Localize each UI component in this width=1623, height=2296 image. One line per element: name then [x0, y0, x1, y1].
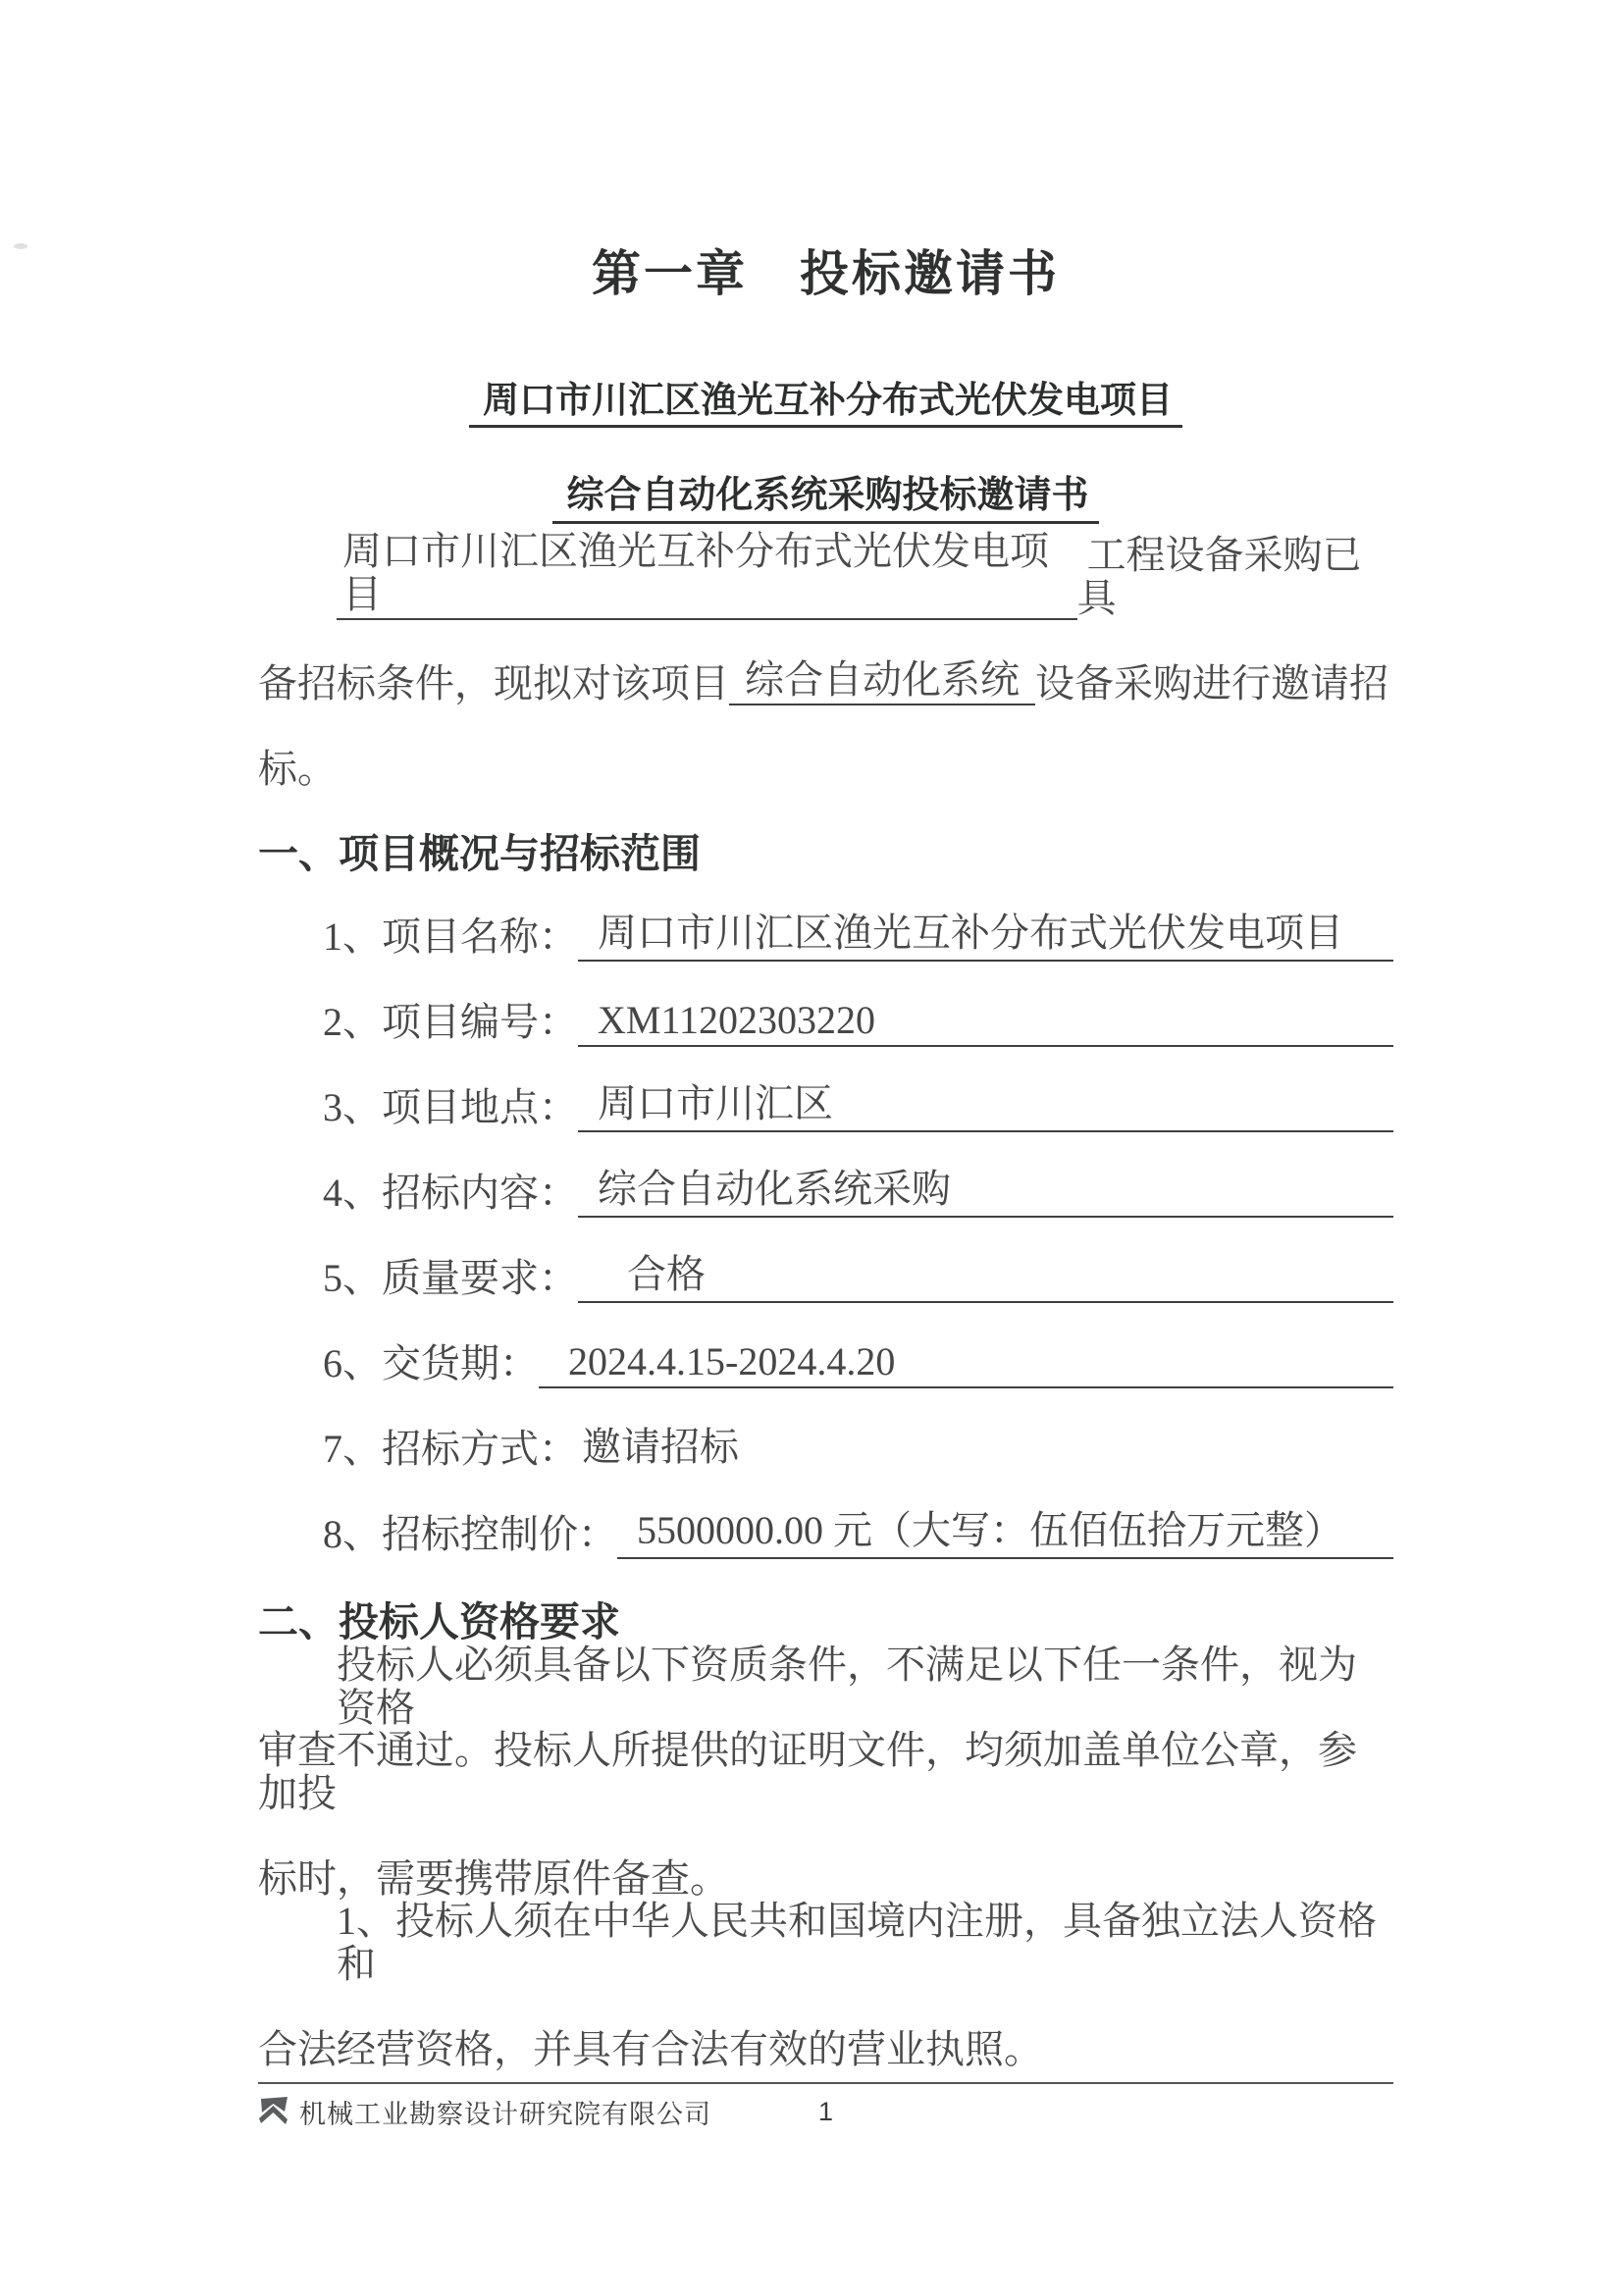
list-item-bid-method: 7、招标方式：邀请招标 — [258, 1405, 1393, 1490]
item-value: 5500000.00 元（大写：伍佰伍拾万元整） — [617, 1499, 1393, 1559]
item-value: 合格 — [578, 1243, 1393, 1303]
qualification-item-1-line-2: 合法经营资格，并具有合法有效的营业执照。 — [258, 2003, 1393, 2088]
item-label: 5、质量要求： — [323, 1247, 578, 1303]
scan-artifact — [14, 243, 27, 249]
list-item-bid-content: 4、招标内容： 综合自动化系统采购 — [258, 1149, 1393, 1234]
list-item-quality-requirement: 5、质量要求： 合格 — [258, 1234, 1393, 1320]
chapter-title: 第一章 投标邀请书 — [258, 243, 1393, 304]
item-value: 周口市川汇区渔光互补分布式光伏发电项目 — [578, 902, 1393, 962]
intro-line-2-rest: 设备采购进行邀请招 — [1035, 662, 1388, 705]
qualification-line-2: 审查不通过。投标人所提供的证明文件，均须加盖单位公章，参加投 — [258, 1747, 1393, 1832]
footer-row: 机械工业勘察设计研究院有限公司 1 — [258, 2094, 1393, 2129]
project-subtitle-text: 周口市川汇区渔光互补分布式光伏发电项目 — [469, 380, 1182, 428]
intro-line-3-text: 标。 — [258, 748, 337, 791]
footer-company-name: 机械工业勘察设计研究院有限公司 — [299, 2093, 711, 2131]
item-label: 6、交货期： — [323, 1332, 539, 1388]
qualification-item-1-line-1: 1、投标人须在中华人民共和国境内注册，具备独立法人资格和 — [258, 1917, 1393, 2003]
intro-line-2: 备招标条件，现拟对该项目 综合自动化系统 设备采购进行邀请招 — [258, 637, 1393, 722]
qualification-line-3-text: 标时，需要携带原件备查。 — [258, 1857, 729, 1901]
page-footer: 机械工业勘察设计研究院有限公司 1 — [258, 2082, 1393, 2129]
list-item-project-location: 3、项目地点： 周口市川汇区 — [258, 1064, 1393, 1149]
item-label: 7、招标方式： — [323, 1418, 578, 1474]
intro-underlined-project-name: 周口市川汇区渔光互补分布式光伏发电项目 — [337, 530, 1077, 620]
list-item-control-price: 8、招标控制价： 5500000.00 元（大写：伍佰伍拾万元整） — [258, 1490, 1393, 1576]
list-item-project-number: 2、项目编号： XM11202303220 — [258, 978, 1393, 1064]
item-label: 4、招标内容： — [323, 1162, 578, 1218]
intro-line-3: 标。 — [258, 722, 1393, 808]
item-value: 邀请招标 — [578, 1416, 739, 1474]
qualification-item-1-line-2-text: 合法经营资格，并具有合法有效的营业执照。 — [258, 2028, 1043, 2071]
project-subtitle: 周口市川汇区渔光互补分布式光伏发电项目 — [258, 379, 1393, 422]
item-value: 周口市川汇区 — [578, 1072, 1393, 1132]
item-value: 综合自动化系统采购 — [578, 1158, 1393, 1218]
intro-line-1: 周口市川汇区渔光互补分布式光伏发电项目 工程设备采购已具 — [258, 551, 1393, 637]
intro-paragraph: 周口市川汇区渔光互补分布式光伏发电项目 工程设备采购已具 备招标条件，现拟对该项… — [258, 551, 1393, 808]
page-number: 1 — [818, 2097, 833, 2127]
company-mountain-logo-icon — [258, 2097, 289, 2126]
document-page: 第一章 投标邀请书 周口市川汇区渔光互补分布式光伏发电项目 综合自动化系统采购投… — [0, 0, 1623, 2296]
intro-line-1-rest: 工程设备采购已具 — [1077, 534, 1393, 620]
list-item-project-name: 1、项目名称： 周口市川汇区渔光互补分布式光伏发电项目 — [258, 893, 1393, 978]
list-item-delivery-period: 6、交货期： 2024.4.15-2024.4.20 — [258, 1320, 1393, 1405]
item-label: 8、招标控制价： — [323, 1503, 617, 1559]
document-content: 第一章 投标邀请书 周口市川汇区渔光互补分布式光伏发电项目 综合自动化系统采购投… — [258, 0, 1393, 2088]
qualification-line-2-text: 审查不通过。投标人所提供的证明文件，均须加盖单位公章，参加投 — [258, 1729, 1393, 1815]
intro-line-2-pre: 备招标条件，现拟对该项目 — [258, 662, 729, 705]
item-value: 2024.4.15-2024.4.20 — [539, 1338, 1393, 1388]
section-1-items: 1、项目名称： 周口市川汇区渔光互补分布式光伏发电项目 2、项目编号： XM11… — [258, 893, 1393, 1576]
qualification-paragraph: 投标人必须具备以下资质条件，不满足以下任一条件，视为资格 审查不通过。投标人所提… — [258, 1661, 1393, 1917]
item-label: 3、项目地点： — [323, 1076, 578, 1132]
qualification-item-1: 1、投标人须在中华人民共和国境内注册，具备独立法人资格和 合法经营资格，并具有合… — [258, 1917, 1393, 2088]
item-label: 2、项目编号： — [323, 991, 578, 1047]
intro-underlined-system-name: 综合自动化系统 — [729, 658, 1035, 705]
qualification-line-1-text: 投标人必须具备以下资质条件，不满足以下任一条件，视为资格 — [337, 1644, 1393, 1730]
procurement-subtitle: 综合自动化系统采购投标邀请书 — [258, 473, 1393, 518]
item-value: XM11202303220 — [578, 997, 1393, 1047]
section-1-heading: 一、项目概况与招标范围 — [258, 808, 1393, 893]
qualification-item-1-line-1-text: 1、投标人须在中华人民共和国境内注册，具备独立法人资格和 — [337, 1900, 1393, 1986]
item-label: 1、项目名称： — [323, 906, 578, 962]
procurement-subtitle-text: 综合自动化系统采购投标邀请书 — [552, 475, 1098, 524]
